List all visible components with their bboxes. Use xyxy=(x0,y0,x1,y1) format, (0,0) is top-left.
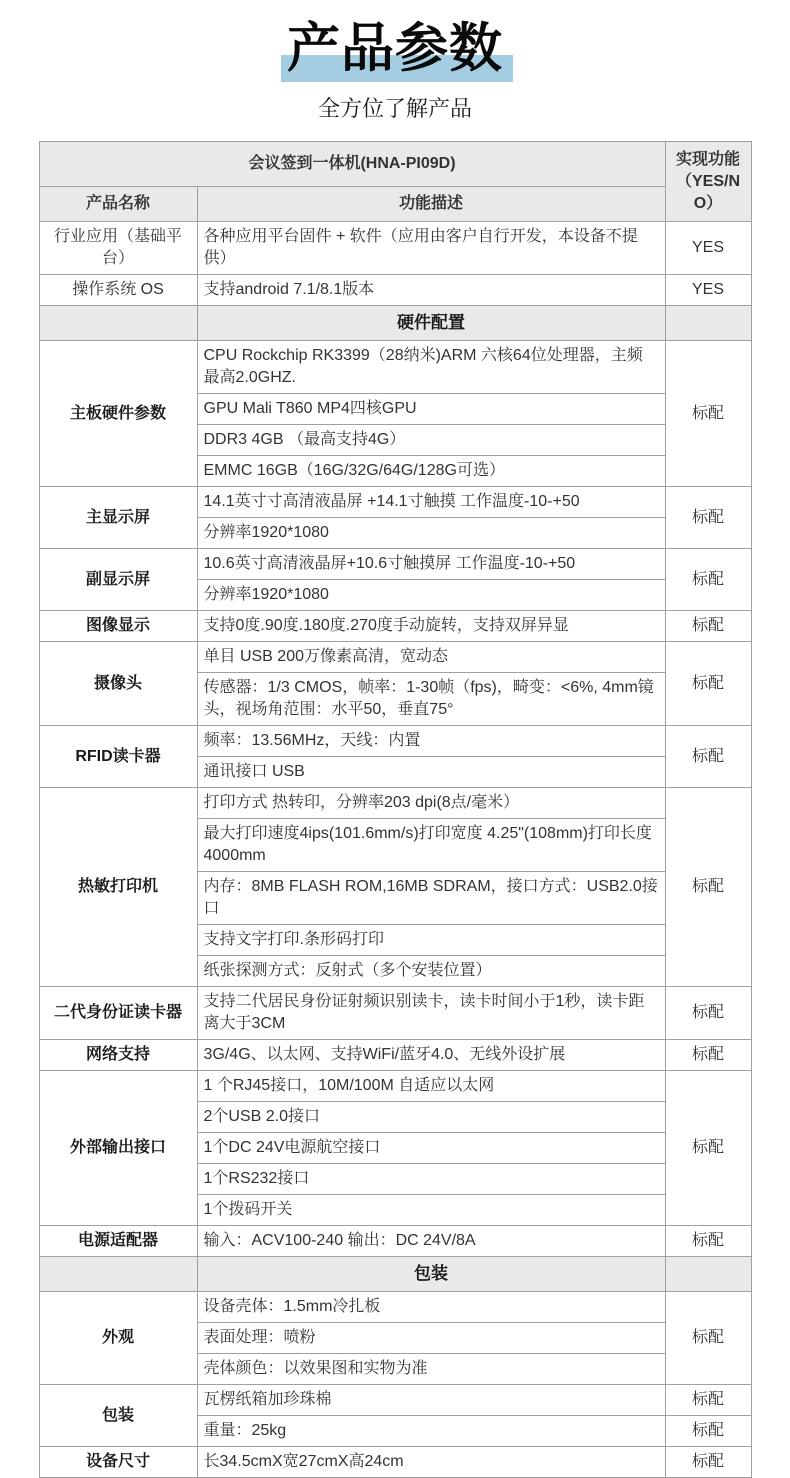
page-subtitle: 全方位了解产品 xyxy=(0,92,790,123)
page-title-text: 产品参数 xyxy=(287,19,503,78)
status-cell: YES xyxy=(665,275,751,306)
section-row: 硬件配置 xyxy=(39,306,751,341)
status-cell: 标配 xyxy=(665,1040,751,1071)
description-cell: EMMC 16GB（16G/32G/64G/128G可选） xyxy=(197,456,665,487)
impl-header-cell: 实现功能（YES/NO） xyxy=(665,142,751,222)
description-cell: 1个DC 24V电源航空接口 xyxy=(197,1133,665,1164)
description-cell: 支持0度.90度.180度.270度手动旋转，支持双屏异显 xyxy=(197,611,665,642)
spec-row: 摄像头单目 USB 200万像素高清，宽动态标配 xyxy=(39,642,751,673)
description-cell: 14.1英寸寸高清液晶屏 +14.1寸触摸 工作温度-10-+50 xyxy=(197,487,665,518)
spec-row: 热敏打印机打印方式 热转印，分辨率203 dpi(8点/毫米）标配 xyxy=(39,788,751,819)
description-header-cell: 功能描述 xyxy=(197,187,665,222)
description-cell: 1个RS232接口 xyxy=(197,1164,665,1195)
description-cell: 支持二代居民身份证射频识别读卡，读卡时间小于1秒，读卡距离大于3CM xyxy=(197,987,665,1040)
table-title-cell: 会议签到一体机(HNA-PI09D) xyxy=(39,142,665,187)
section-label-cell: 硬件配置 xyxy=(197,306,665,341)
spec-row: RFID读卡器频率：13.56MHz，天线：内置标配 xyxy=(39,726,751,757)
description-cell: 支持android 7.1/8.1版本 xyxy=(197,275,665,306)
status-cell: 标配 xyxy=(665,987,751,1040)
status-cell: 标配 xyxy=(665,1385,751,1416)
product-parameters-page: 产品参数 全方位了解产品 会议签到一体机(HNA-PI09D) 实现功能（YES… xyxy=(0,0,790,1478)
table-header-row-2: 产品名称 功能描述 xyxy=(39,187,751,222)
status-cell: 标配 xyxy=(665,726,751,788)
description-cell: CPU Rockchip RK3399（28纳米)ARM 六核64位处理器，主频… xyxy=(197,341,665,394)
spec-row: 包装瓦楞纸箱加珍珠棉标配 xyxy=(39,1385,751,1416)
product-name-header-cell: 产品名称 xyxy=(39,187,197,222)
spec-row: 外观设备壳体：1.5mm冷扎板标配 xyxy=(39,1292,751,1323)
spec-row: 主板硬件参数CPU Rockchip RK3399（28纳米)ARM 六核64位… xyxy=(39,341,751,394)
status-cell: 标配 xyxy=(665,642,751,726)
product-name-cell: 主显示屏 xyxy=(39,487,197,549)
product-name-cell: 摄像头 xyxy=(39,642,197,726)
spec-row: 操作系统 OS支持android 7.1/8.1版本YES xyxy=(39,275,751,306)
product-name-cell: 副显示屏 xyxy=(39,549,197,611)
spec-row: 设备尺寸长34.5cmX宽27cmX高24cm标配 xyxy=(39,1447,751,1478)
status-cell: 标配 xyxy=(665,788,751,987)
product-name-cell: 操作系统 OS xyxy=(39,275,197,306)
description-cell: DDR3 4GB （最高支持4G） xyxy=(197,425,665,456)
table-header-row-1: 会议签到一体机(HNA-PI09D) 实现功能（YES/NO） xyxy=(39,142,751,187)
description-cell: 壳体颜色：以效果图和实物为准 xyxy=(197,1354,665,1385)
description-cell: 表面处理：喷粉 xyxy=(197,1323,665,1354)
description-cell: GPU Mali T860 MP4四核GPU xyxy=(197,394,665,425)
spec-table: 会议签到一体机(HNA-PI09D) 实现功能（YES/NO） 产品名称 功能描… xyxy=(39,141,752,1478)
status-cell: 标配 xyxy=(665,1226,751,1257)
status-cell: 标配 xyxy=(665,1416,751,1447)
section-right-cell xyxy=(665,1257,751,1292)
description-cell: 传感器：1/3 CMOS，帧率：1-30帧（fps)，畸变：<6%, 4mm镜头… xyxy=(197,673,665,726)
product-name-cell: 二代身份证读卡器 xyxy=(39,987,197,1040)
product-name-cell: 外观 xyxy=(39,1292,197,1385)
product-name-cell: 主板硬件参数 xyxy=(39,341,197,487)
spec-row: 主显示屏14.1英寸寸高清液晶屏 +14.1寸触摸 工作温度-10-+50标配 xyxy=(39,487,751,518)
description-cell: 1个拨码开关 xyxy=(197,1195,665,1226)
status-cell: YES xyxy=(665,222,751,275)
spec-row: 副显示屏10.6英寸高清液晶屏+10.6寸触摸屏 工作温度-10-+50标配 xyxy=(39,549,751,580)
spec-row: 网络支持3G/4G、以太网、支持WiFi/蓝牙4.0、无线外设扩展标配 xyxy=(39,1040,751,1071)
section-left-cell xyxy=(39,306,197,341)
status-cell: 标配 xyxy=(665,341,751,487)
description-cell: 2个USB 2.0接口 xyxy=(197,1102,665,1133)
spec-row: 外部输出接口1 个RJ45接口，10M/100M 自适应以太网标配 xyxy=(39,1071,751,1102)
status-cell: 标配 xyxy=(665,487,751,549)
description-cell: 支持文字打印.条形码打印 xyxy=(197,925,665,956)
description-cell: 单目 USB 200万像素高清，宽动态 xyxy=(197,642,665,673)
description-cell: 内存：8MB FLASH ROM,16MB SDRAM，接口方式：USB2.0接… xyxy=(197,872,665,925)
status-cell: 标配 xyxy=(665,611,751,642)
section-label-cell: 包装 xyxy=(197,1257,665,1292)
description-cell: 分辨率1920*1080 xyxy=(197,580,665,611)
description-cell: 分辨率1920*1080 xyxy=(197,518,665,549)
status-cell: 标配 xyxy=(665,1071,751,1226)
product-name-cell: 热敏打印机 xyxy=(39,788,197,987)
description-cell: 各种应用平台固件 + 软件（应用由客户自行开发，本设备不提供） xyxy=(197,222,665,275)
product-name-cell: 网络支持 xyxy=(39,1040,197,1071)
description-cell: 1 个RJ45接口，10M/100M 自适应以太网 xyxy=(197,1071,665,1102)
spec-row: 二代身份证读卡器支持二代居民身份证射频识别读卡，读卡时间小于1秒，读卡距离大于3… xyxy=(39,987,751,1040)
title-block: 产品参数 xyxy=(0,20,790,78)
status-cell: 标配 xyxy=(665,549,751,611)
product-name-cell: 行业应用（基础平台） xyxy=(39,222,197,275)
product-name-cell: 图像显示 xyxy=(39,611,197,642)
product-name-cell: 包装 xyxy=(39,1385,197,1447)
spec-table-body: 会议签到一体机(HNA-PI09D) 实现功能（YES/NO） 产品名称 功能描… xyxy=(39,142,751,1478)
product-name-cell: 电源适配器 xyxy=(39,1226,197,1257)
section-row: 包装 xyxy=(39,1257,751,1292)
description-cell: 最大打印速度4ips(101.6mm/s)打印宽度 4.25"(108mm)打印… xyxy=(197,819,665,872)
description-cell: 瓦楞纸箱加珍珠棉 xyxy=(197,1385,665,1416)
description-cell: 长34.5cmX宽27cmX高24cm xyxy=(197,1447,665,1478)
status-cell: 标配 xyxy=(665,1292,751,1385)
product-name-cell: 外部输出接口 xyxy=(39,1071,197,1226)
description-cell: 频率：13.56MHz，天线：内置 xyxy=(197,726,665,757)
section-right-cell xyxy=(665,306,751,341)
description-cell: 打印方式 热转印，分辨率203 dpi(8点/毫米） xyxy=(197,788,665,819)
description-cell: 通讯接口 USB xyxy=(197,757,665,788)
description-cell: 3G/4G、以太网、支持WiFi/蓝牙4.0、无线外设扩展 xyxy=(197,1040,665,1071)
page-title: 产品参数 xyxy=(281,20,509,78)
section-left-cell xyxy=(39,1257,197,1292)
description-cell: 重量：25kg xyxy=(197,1416,665,1447)
product-name-cell: RFID读卡器 xyxy=(39,726,197,788)
description-cell: 10.6英寸高清液晶屏+10.6寸触摸屏 工作温度-10-+50 xyxy=(197,549,665,580)
description-cell: 输入：ACV100-240 输出：DC 24V/8A xyxy=(197,1226,665,1257)
product-name-cell: 设备尺寸 xyxy=(39,1447,197,1478)
spec-row: 图像显示支持0度.90度.180度.270度手动旋转，支持双屏异显标配 xyxy=(39,611,751,642)
description-cell: 纸张探测方式：反射式（多个安装位置） xyxy=(197,956,665,987)
spec-row: 行业应用（基础平台）各种应用平台固件 + 软件（应用由客户自行开发，本设备不提供… xyxy=(39,222,751,275)
status-cell: 标配 xyxy=(665,1447,751,1478)
description-cell: 设备壳体：1.5mm冷扎板 xyxy=(197,1292,665,1323)
spec-row: 电源适配器输入：ACV100-240 输出：DC 24V/8A标配 xyxy=(39,1226,751,1257)
